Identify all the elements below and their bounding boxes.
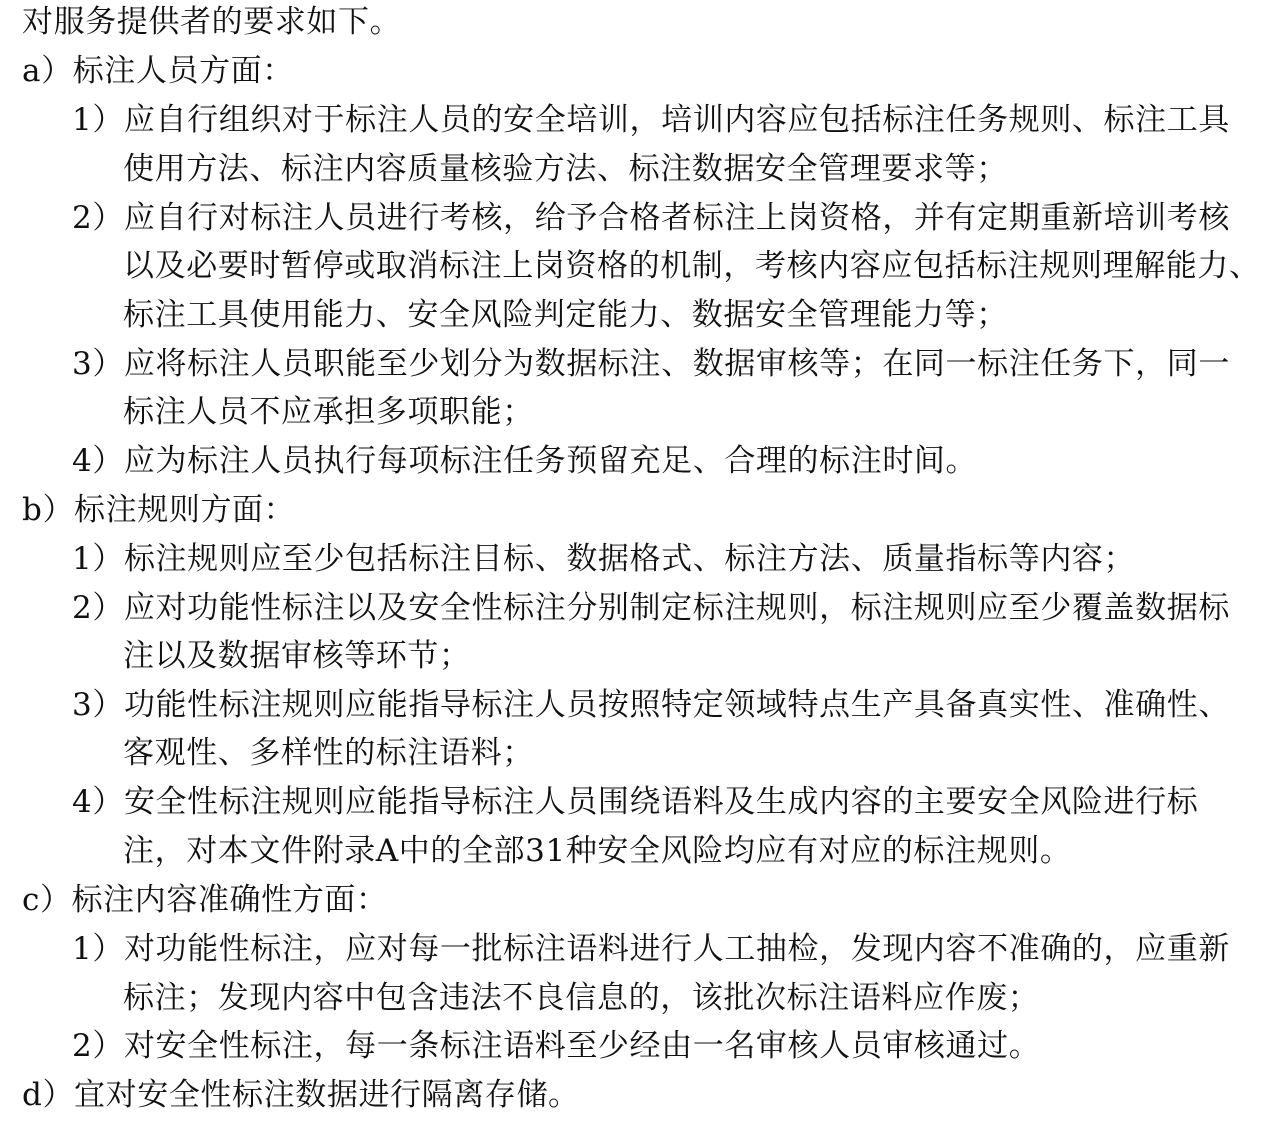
item-text: 标注工具使用能力、安全风险判定能力、数据安全管理能力等； xyxy=(123,297,1008,333)
item-text: 标注人员不应承担多项职能； xyxy=(123,394,534,430)
list-item-c2: 2）对安全性标注，每一条标注语料至少经由一名审核人员审核通过。 xyxy=(72,1022,1040,1070)
item-text: 功能性标注规则应能指导标注人员按照特定领域特点生产具备真实性、准确性、 xyxy=(124,687,1230,723)
list-item-b4-continuation: 注，对本文件附录A中的全部31种安全风险均应有对应的标注规则。 xyxy=(123,827,1071,875)
item-text: 应对功能性标注以及安全性标注分别制定标注规则，标注规则应至少覆盖数据标 xyxy=(124,590,1230,626)
list-item-a3-continuation: 标注人员不应承担多项职能； xyxy=(123,388,534,436)
section-b-heading: b）标注规则方面： xyxy=(22,486,295,534)
item-text: 使用方法、标注内容质量核验方法、标注数据安全管理要求等； xyxy=(123,151,1008,187)
item-marker: 1） xyxy=(72,96,124,144)
item-text: 应自行组织对于标注人员的安全培训，培训内容应包括标注任务规则、标注工具 xyxy=(124,102,1230,138)
list-item-b2-continuation: 注以及数据审核等环节； xyxy=(123,632,471,680)
section-marker: c） xyxy=(22,876,72,924)
section-marker: a） xyxy=(22,47,73,95)
list-item-b2: 2）应对功能性标注以及安全性标注分别制定标注规则，标注规则应至少覆盖数据标 xyxy=(72,584,1230,632)
item-marker: 3） xyxy=(72,340,124,388)
list-item-b4: 4）安全性标注规则应能指导标注人员围绕语料及生成内容的主要安全风险进行标 xyxy=(72,778,1198,826)
item-text: 应将标注人员职能至少划分为数据标注、数据审核等；在同一标注任务下，同一 xyxy=(124,346,1230,382)
item-marker: 4） xyxy=(72,778,124,826)
item-marker: 3） xyxy=(72,681,124,729)
item-text: 标注；发现内容中包含违法不良信息的，该批次标注语料应作废； xyxy=(123,980,1039,1016)
list-item-a1: 1）应自行组织对于标注人员的安全培训，培训内容应包括标注任务规则、标注工具 xyxy=(72,96,1230,144)
list-item-b1: 1）标注规则应至少包括标注目标、数据格式、标注方法、质量指标等内容； xyxy=(72,535,1135,583)
section-marker: d） xyxy=(22,1071,74,1119)
list-item-a3: 3）应将标注人员职能至少划分为数据标注、数据审核等；在同一标注任务下，同一 xyxy=(72,340,1230,388)
item-marker: 2） xyxy=(72,1022,124,1070)
item-marker: 1） xyxy=(72,535,124,583)
item-text: 应自行对标注人员进行考核，给予合格者标注上岗资格，并有定期重新培训考核 xyxy=(124,200,1230,236)
item-text: 以及必要时暂停或取消标注上岗资格的机制，考核内容应包括标注规则理解能力、 xyxy=(123,248,1261,284)
section-marker: b） xyxy=(22,486,74,534)
item-text: 应为标注人员执行每项标注任务预留充足、合理的标注时间。 xyxy=(124,443,977,479)
list-item-a4: 4）应为标注人员执行每项标注任务预留充足、合理的标注时间。 xyxy=(72,437,977,485)
list-item-a1-continuation: 使用方法、标注内容质量核验方法、标注数据安全管理要求等； xyxy=(123,145,1008,193)
item-text: 标注规则应至少包括标注目标、数据格式、标注方法、质量指标等内容； xyxy=(124,541,1135,577)
item-text: 安全性标注规则应能指导标注人员围绕语料及生成内容的主要安全风险进行标 xyxy=(124,784,1198,820)
list-item-b3-continuation: 客观性、多样性的标注语料； xyxy=(123,729,534,777)
item-text: 对功能性标注，应对每一批标注语料进行人工抽检，发现内容不准确的，应重新 xyxy=(124,931,1230,967)
item-marker: 2） xyxy=(72,584,124,632)
intro-text: 对服务提供者的要求如下。 xyxy=(22,4,401,40)
section-title: 标注规则方面： xyxy=(74,492,295,528)
section-d-heading: d）宜对安全性标注数据进行隔离存储。 xyxy=(22,1071,580,1119)
section-title: 标注人员方面： xyxy=(73,53,294,89)
section-title: 标注内容准确性方面： xyxy=(72,882,388,918)
item-text: 客观性、多样性的标注语料； xyxy=(123,735,534,771)
list-item-b3: 3）功能性标注规则应能指导标注人员按照特定领域特点生产具备真实性、准确性、 xyxy=(72,681,1230,729)
item-text: 对安全性标注，每一条标注语料至少经由一名审核人员审核通过。 xyxy=(124,1028,1040,1064)
item-text: 注，对本文件附录A中的全部31种安全风险均应有对应的标注规则。 xyxy=(123,833,1071,869)
section-title: 宜对安全性标注数据进行隔离存储。 xyxy=(74,1077,580,1113)
list-item-a2: 2）应自行对标注人员进行考核，给予合格者标注上岗资格，并有定期重新培训考核 xyxy=(72,194,1230,242)
item-marker: 4） xyxy=(72,437,124,485)
list-item-c1: 1）对功能性标注，应对每一批标注语料进行人工抽检，发现内容不准确的，应重新 xyxy=(72,925,1230,973)
list-item-c1-continuation: 标注；发现内容中包含违法不良信息的，该批次标注语料应作废； xyxy=(123,974,1039,1022)
list-item-a2-continuation: 以及必要时暂停或取消标注上岗资格的机制，考核内容应包括标注规则理解能力、 xyxy=(123,242,1261,290)
item-marker: 2） xyxy=(72,194,124,242)
section-c-heading: c）标注内容准确性方面： xyxy=(22,876,388,924)
item-text: 注以及数据审核等环节； xyxy=(123,638,471,674)
item-marker: 1） xyxy=(72,925,124,973)
list-item-a2-continuation: 标注工具使用能力、安全风险判定能力、数据安全管理能力等； xyxy=(123,291,1008,339)
section-a-heading: a）标注人员方面： xyxy=(22,47,294,95)
intro-paragraph: 对服务提供者的要求如下。 xyxy=(22,0,401,46)
